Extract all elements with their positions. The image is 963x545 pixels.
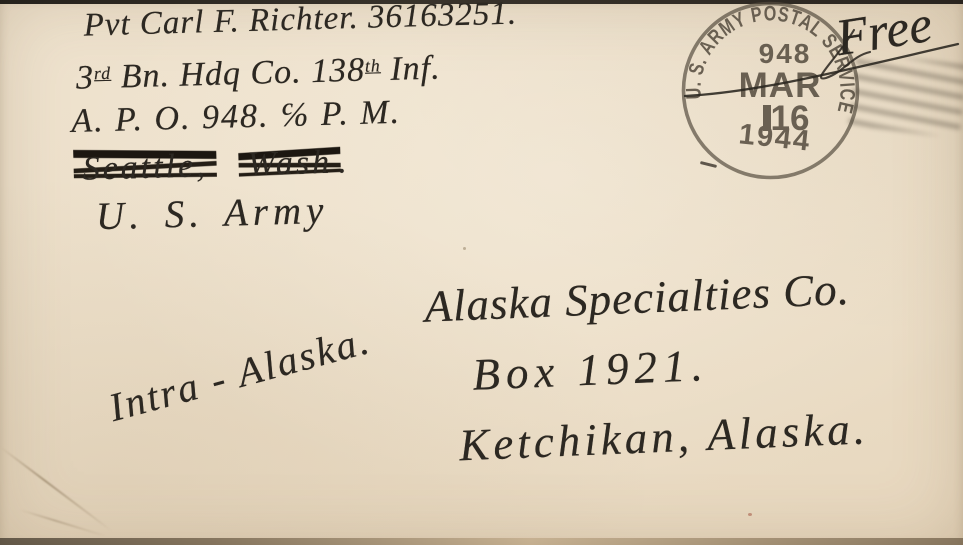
sender-unit-ordinal-rd: rd xyxy=(94,63,112,83)
sender-unit-battalion-number: 3 xyxy=(76,59,95,96)
paper-speck xyxy=(748,513,752,516)
recipient-address: Alaska Specialties Co. Box 1921. Ketchik… xyxy=(418,253,870,481)
sender-unit-ordinal-th: th xyxy=(365,55,381,75)
paper-crease-small xyxy=(20,509,107,537)
sender-unit-company: Bn. Hdq Co. 138 xyxy=(111,52,366,96)
route-annotation: Intra - Alaska. xyxy=(104,316,376,431)
word-gap xyxy=(214,175,242,176)
envelope-photo: Pvt Carl F. Richter. 36163251. 3rd Bn. H… xyxy=(0,0,963,545)
scan-edge-bottom xyxy=(0,538,963,545)
struck-state: Wash xyxy=(238,138,342,189)
state-period: . xyxy=(338,143,351,180)
sender-unit-infantry: Inf. xyxy=(380,49,441,88)
free-underline-flourish xyxy=(640,28,963,118)
paper-speck xyxy=(463,247,466,250)
return-address: Pvt Carl F. Richter. 36163251. 3rd Bn. H… xyxy=(68,0,523,242)
struck-city: Seattle, xyxy=(73,142,217,194)
postmark-year: 1944 xyxy=(737,118,812,157)
